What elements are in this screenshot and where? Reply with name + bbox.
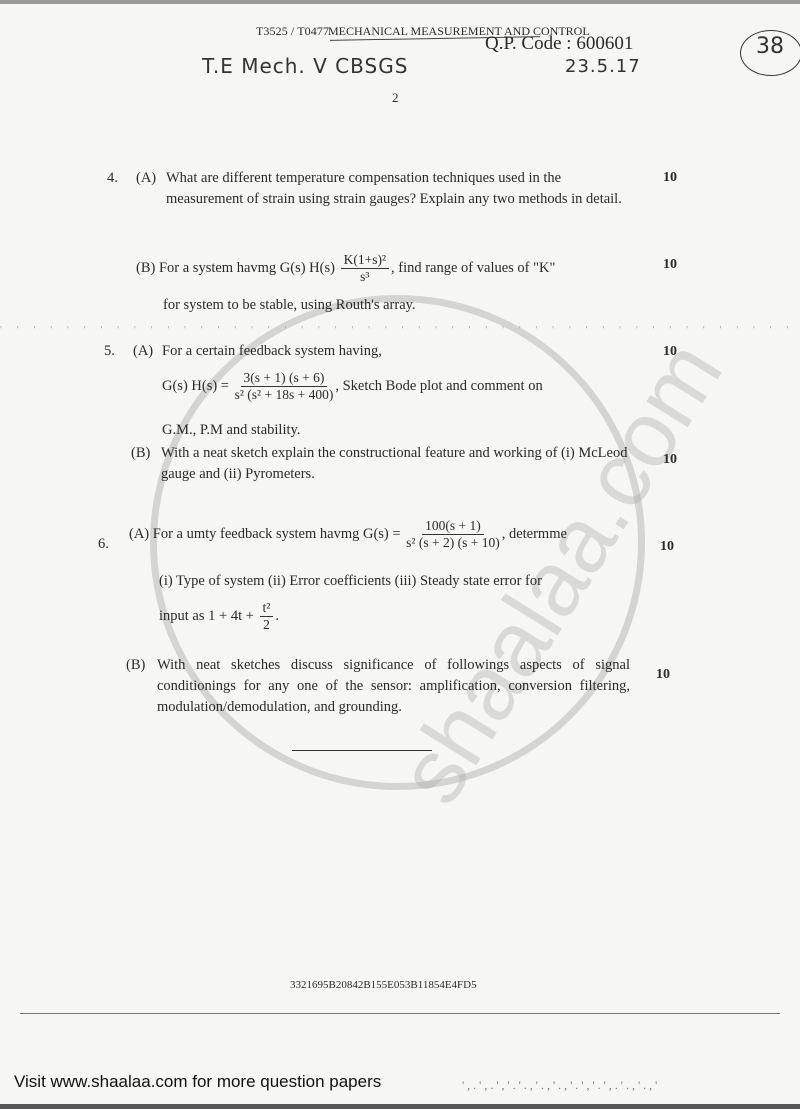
question-5a-label: (A) bbox=[133, 341, 153, 362]
question-6a-text: For a umty feedback system havmg G(s) = bbox=[153, 526, 401, 542]
scan-bottom-edge bbox=[0, 1104, 800, 1109]
formula-denominator: 2 bbox=[263, 617, 270, 633]
question-6a-text-after: , determme bbox=[502, 526, 567, 542]
formula-numerator: 100(s + 1) bbox=[422, 518, 484, 535]
end-rule bbox=[292, 750, 432, 751]
question-4b-line2: for system to be stable, using Routh's a… bbox=[163, 295, 416, 316]
question-4a-text: What are different temperature compensat… bbox=[166, 168, 636, 210]
circled-number: 38 bbox=[756, 34, 784, 59]
question-6a-line2: (i) Type of system (ii) Error coefficien… bbox=[159, 571, 542, 592]
hash-code: 3321695B20842B155E053B11854E4FD5 bbox=[290, 979, 477, 991]
question-5a-line3: G.M., P.M and stability. bbox=[162, 420, 300, 441]
exam-page: shaalaa.com T3525 / T0477 MECHANICAL MEA… bbox=[0, 0, 800, 1109]
question-6b-marks: 10 bbox=[656, 667, 670, 683]
question-4a-marks: 10 bbox=[663, 170, 677, 186]
question-4b: (B) For a system havmg G(s) H(s) K(1+s)²… bbox=[136, 252, 555, 285]
qp-code: Q.P. Code : 600601 bbox=[485, 33, 633, 55]
formula-numerator: K(1+s)² bbox=[341, 252, 389, 269]
question-4b-text-after: , find range of values of "K" bbox=[391, 260, 555, 276]
question-5b-label: (B) bbox=[131, 443, 150, 464]
question-6b-label: (B) bbox=[126, 655, 145, 676]
question-6a-line1: (A) For a umty feedback system havmg G(s… bbox=[129, 518, 567, 551]
question-5a-marks: 10 bbox=[663, 344, 677, 360]
question-5a-formula-line: G(s) H(s) = 3(s + 1) (s + 6) s² (s² + 18… bbox=[162, 370, 543, 403]
question-4a-label: (A) bbox=[136, 168, 156, 189]
question-5a-formula: 3(s + 1) (s + 6) s² (s² + 18s + 400) bbox=[235, 370, 334, 403]
formula-denominator: s² (s + 2) (s + 10) bbox=[406, 535, 500, 551]
question-5a-text-after: , Sketch Bode plot and comment on bbox=[335, 378, 542, 394]
question-6a-formula: 100(s + 1) s² (s + 2) (s + 10) bbox=[406, 518, 500, 551]
question-4b-formula: K(1+s)² s³ bbox=[341, 252, 389, 285]
input-expression: input as 1 + 4t + bbox=[159, 608, 254, 624]
input-fraction: t² 2 bbox=[260, 600, 274, 633]
formula-numerator: 3(s + 1) (s + 6) bbox=[241, 370, 328, 387]
formula-numerator: t² bbox=[260, 600, 274, 617]
paper-code: T3525 / T0477 bbox=[256, 24, 329, 39]
scan-noise: ',.',.','.'.,'.,'.,'.','.',.'.,'.,' bbox=[462, 1078, 660, 1093]
question-6-number: 6. bbox=[98, 534, 109, 555]
question-6a-line3: input as 1 + 4t + t² 2 . bbox=[159, 600, 279, 633]
question-6a-marks: 10 bbox=[660, 539, 674, 555]
promo-link[interactable]: Visit www.shaalaa.com for more question … bbox=[14, 1072, 381, 1092]
question-6a-label: (A) bbox=[129, 526, 149, 542]
formula-denominator: s³ bbox=[360, 269, 369, 285]
scan-top-edge bbox=[0, 0, 800, 4]
page-number: 2 bbox=[392, 90, 399, 106]
handwritten-course: T.E Mech. V CBSGS bbox=[202, 54, 408, 78]
bottom-divider bbox=[20, 1013, 780, 1014]
question-4b-marks: 10 bbox=[663, 257, 677, 273]
question-5b-marks: 10 bbox=[663, 452, 677, 468]
formula-denominator: s² (s² + 18s + 400) bbox=[235, 387, 334, 403]
question-5b-text: With a neat sketch explain the construct… bbox=[161, 443, 635, 485]
question-6b-text: With neat sketches discuss significance … bbox=[157, 655, 630, 718]
question-4-number: 4. bbox=[107, 168, 118, 189]
formula-lhs: G(s) H(s) = bbox=[162, 378, 229, 394]
handwritten-date: 23.5.17 bbox=[565, 56, 641, 77]
question-5a-text: For a certain feedback system having, bbox=[162, 341, 382, 362]
question-4b-label: (B) bbox=[136, 260, 155, 276]
question-5-number: 5. bbox=[104, 341, 115, 362]
scan-noise-line: ' ' ' ' ' ' ' ' ' ' ' ' ' ' ' ' ' ' ' ' … bbox=[0, 324, 800, 336]
question-4b-text: For a system havmg G(s) H(s) bbox=[159, 260, 335, 276]
